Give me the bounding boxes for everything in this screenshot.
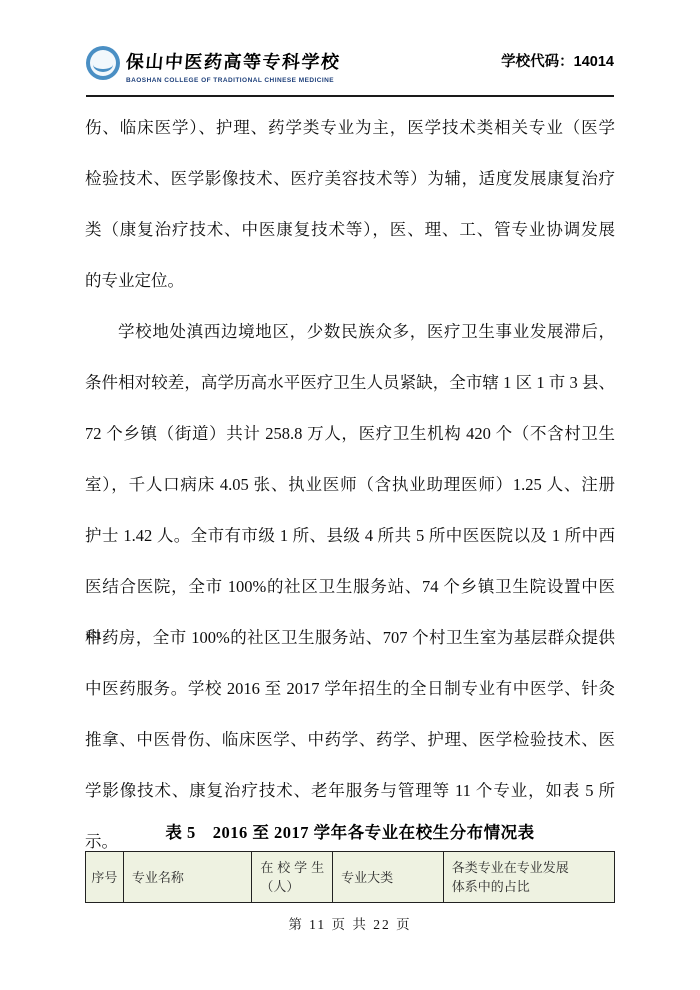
table-col-enrolled-students: 在校学生 （人） — [252, 852, 333, 902]
text-line: 室），千人口病床 4.05 张、执业医师（含执业助理医师）1.25 人、注册 — [85, 459, 615, 510]
school-brand: 保山中医药高等专科学校 BAOSHAN COLLEGE OF TRADITION… — [86, 46, 341, 84]
document-body: 伤、临床医学）、护理、药学类专业为主，医学技术类相关专业（医学检验技术、医学影像… — [85, 102, 615, 903]
text-line: 类（康复治疗技术、中医康复技术等），医、理、工、管专业协调发展 — [85, 204, 615, 255]
text-line: 中医药服务。学校 2016 至 2017 学年招生的全日制专业有中医学、针灸 — [85, 663, 615, 714]
school-name-en: BAOSHAN COLLEGE OF TRADITIONAL CHINESE M… — [126, 77, 341, 84]
paragraph-2: 学校地处滇西边境地区，少数民族众多，医疗卫生事业发展滞后，条件相对较差，高学历高… — [85, 306, 615, 816]
table-header-row: 序号 专业名称 在校学生 （人） 专业大类 各类专业在专业发展 体系中的占比 — [85, 851, 615, 903]
text-line: 伤、临床医学）、护理、药学类专业为主，医学技术类相关专业（医学 — [85, 102, 615, 153]
text-line: 护士 1.42 人。全市有市级 1 所、县级 4 所共 5 所中医医院以及 1 … — [85, 510, 615, 561]
school-code-label: 学校代码： — [501, 54, 574, 70]
table-caption: 表 5 2016 至 2017 学年各专业在校生分布情况表 — [85, 818, 615, 848]
school-code-value: 14014 — [574, 54, 614, 70]
table-col-major-category: 专业大类 — [333, 852, 444, 902]
text-line: 医结合医院，全市 100%的社区卫生服务站、74 个乡镇卫生院设置中医科、 — [85, 561, 615, 612]
table-col-index: 序号 — [86, 852, 124, 902]
header-divider — [86, 95, 614, 97]
school-code: 学校代码：14014 — [501, 50, 614, 71]
text-line: 检验技术、医学影像技术、医疗美容技术等）为辅，适度发展康复治疗 — [85, 153, 615, 204]
paragraph-1: 伤、临床医学）、护理、药学类专业为主，医学技术类相关专业（医学检验技术、医学影像… — [85, 102, 615, 306]
school-logo-icon — [86, 46, 120, 80]
text-line: 的专业定位。 — [85, 255, 615, 306]
table-col-major-name: 专业名称 — [124, 852, 253, 902]
school-name-cn: 保山中医药高等专科学校 — [125, 48, 341, 74]
text-line: 条件相对较差，高学历高水平医疗卫生人员紧缺，全市辖 1 区 1 市 3 县、 — [85, 357, 615, 408]
document-page: 保山中医药高等专科学校 BAOSHAN COLLEGE OF TRADITION… — [0, 0, 700, 990]
table-col-proportion: 各类专业在专业发展 体系中的占比 — [444, 852, 614, 902]
text-line: 学校地处滇西边境地区，少数民族众多，医疗卫生事业发展滞后， — [85, 306, 615, 357]
page-number: 第 11 页 共 22 页 — [0, 913, 700, 933]
text-line: 中药房，全市 100%的社区卫生服务站、707 个村卫生室为基层群众提供 — [85, 612, 615, 663]
text-line: 72 个乡镇（街道）共计 258.8 万人，医疗卫生机构 420 个（不含村卫生 — [85, 408, 615, 459]
page-header: 保山中医药高等专科学校 BAOSHAN COLLEGE OF TRADITION… — [0, 0, 700, 84]
text-line: 推拿、中医骨伤、临床医学、中药学、药学、护理、医学检验技术、医 — [85, 714, 615, 765]
text-line: 学影像技术、康复治疗技术、老年服务与管理等 11 个专业，如表 5 所示。 — [85, 765, 615, 816]
